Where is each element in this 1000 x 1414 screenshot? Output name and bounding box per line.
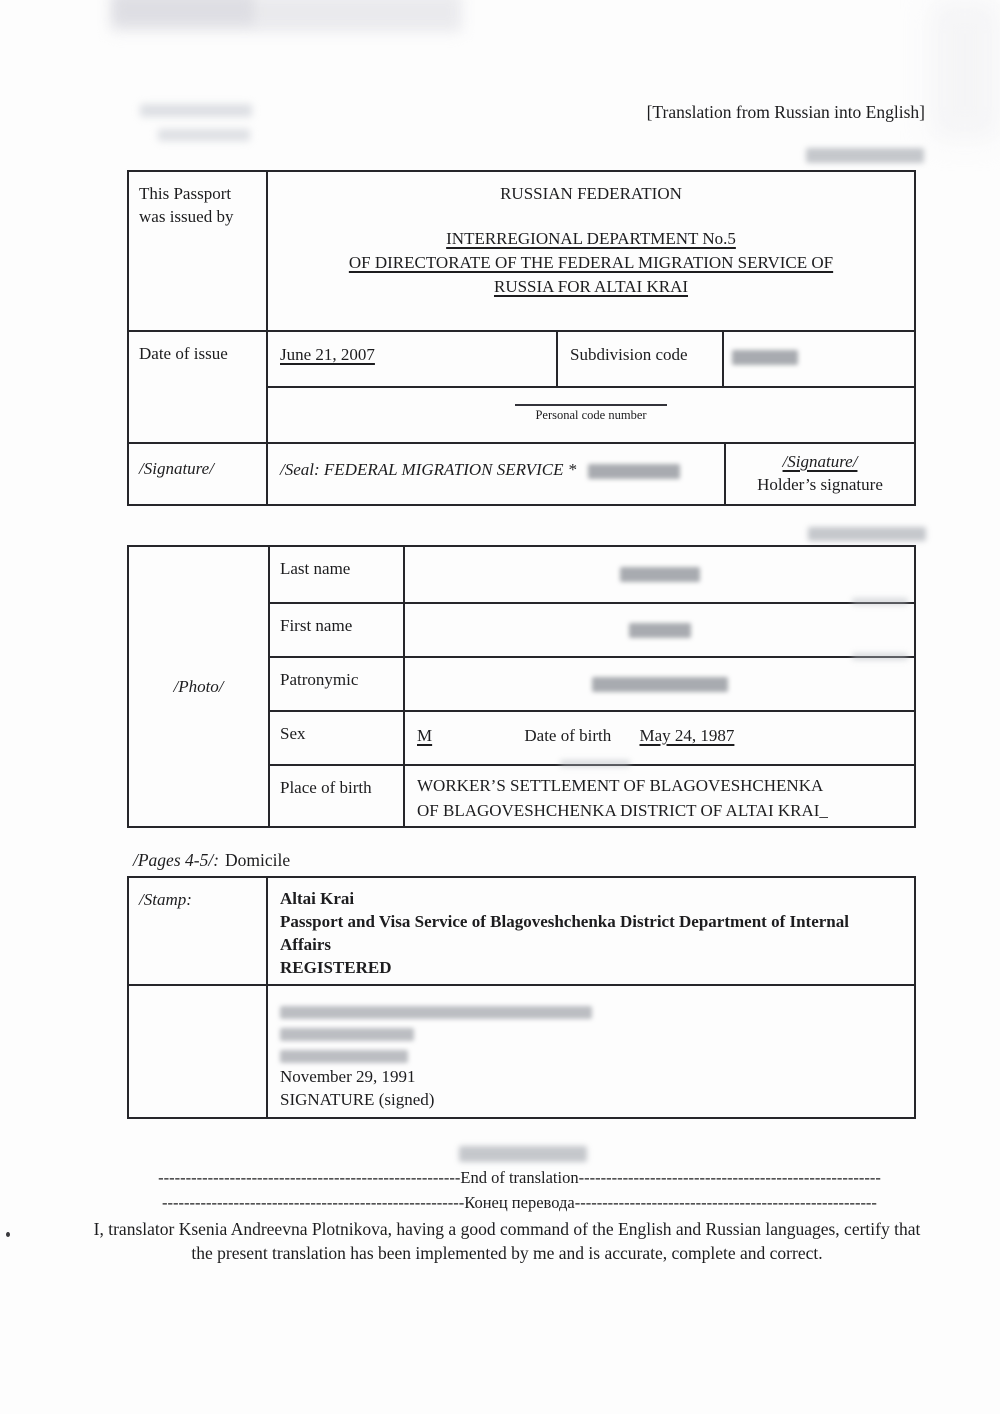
registration-date: November 29, 1991 bbox=[280, 1065, 890, 1088]
blurred-date-stamp-top bbox=[806, 148, 924, 163]
place-of-birth-label: Place of birth bbox=[270, 766, 405, 826]
patronymic-row: Patronymic bbox=[270, 656, 914, 710]
issuing-department-line2: OF DIRECTORATE OF THE FEDERAL MIGRATION … bbox=[268, 251, 914, 275]
passport-issue-table: This Passport was issued by RUSSIAN FEDE… bbox=[127, 170, 916, 506]
seal-cell: /Seal: FEDERAL MIGRATION SERVICE * bbox=[268, 444, 726, 504]
first-name-row: First name bbox=[270, 602, 914, 656]
scan-smudge bbox=[852, 653, 908, 660]
scan-smudge bbox=[560, 760, 630, 767]
scan-artifact-top-dark bbox=[114, 0, 254, 24]
subdivision-code-cell bbox=[724, 332, 914, 386]
end-of-translation-line-en: ----------------------------------------… bbox=[117, 1168, 922, 1188]
end-of-translation-line-ru: ----------------------------------------… bbox=[117, 1193, 922, 1213]
stamp-label: /Stamp: bbox=[129, 878, 268, 984]
stamp-row: /Stamp: Altai Krai Passport and Visa Ser… bbox=[129, 878, 914, 984]
stamp-line3: REGISTERED bbox=[280, 956, 890, 979]
holder-signature-caption: Holder’s signature bbox=[726, 473, 914, 496]
sex-row: Sex M Date of birth May 24, 1987 bbox=[270, 710, 914, 764]
date-of-birth-label: Date of birth bbox=[524, 726, 611, 745]
holder-signature-label: /Signature/ bbox=[726, 450, 914, 473]
stamp-line2: Passport and Visa Service of Blagoveshch… bbox=[280, 910, 890, 956]
scan-smudge bbox=[852, 598, 908, 605]
personal-code-label: Personal code number bbox=[268, 408, 914, 423]
sex-label: Sex bbox=[270, 712, 405, 764]
redacted-address-line3 bbox=[280, 1043, 890, 1065]
redacted-patronymic bbox=[592, 677, 728, 692]
document-page: [Translation from Russian into English] … bbox=[0, 0, 1000, 1414]
redacted-last-name bbox=[620, 567, 700, 582]
domicile-table: /Stamp: Altai Krai Passport and Visa Ser… bbox=[127, 876, 916, 1119]
redacted-first-name bbox=[629, 623, 691, 638]
issuing-department-line3: RUSSIA FOR ALTAI KRAI bbox=[268, 275, 914, 299]
margin-mark bbox=[6, 1232, 10, 1237]
date-of-birth-value: May 24, 1987 bbox=[639, 726, 734, 745]
date-of-issue-value: June 21, 2007 bbox=[280, 345, 375, 364]
signature-row: /Signature/ /Seal: FEDERAL MIGRATION SER… bbox=[129, 442, 914, 504]
end-of-translation-ru: Конец перевода bbox=[464, 1193, 574, 1212]
dash-segment: ----------------------------------------… bbox=[575, 1193, 877, 1212]
dash-segment: ----------------------------------------… bbox=[162, 1193, 464, 1212]
signature-label: /Signature/ bbox=[129, 444, 268, 504]
translator-certification: I, translator Ksenia Andreevna Plotnikov… bbox=[92, 1218, 922, 1265]
domicile-title: Domicile bbox=[225, 850, 290, 870]
holder-signature-cell: /Signature/ Holder’s signature bbox=[726, 444, 914, 504]
subdivision-code-label: Subdivision code bbox=[558, 332, 724, 386]
issuing-department: INTERREGIONAL DEPARTMENT No.5 OF DIRECTO… bbox=[268, 227, 914, 299]
personal-code-line bbox=[515, 404, 667, 406]
date-of-issue-row: Date of issue June 21, 2007 Subdivision … bbox=[129, 330, 914, 442]
sex-value-cell: M Date of birth May 24, 1987 bbox=[405, 712, 914, 764]
registration-cell: November 29, 1991 SIGNATURE (signed) bbox=[268, 986, 914, 1117]
blurred-date-stamp-middle bbox=[808, 527, 926, 541]
sex-value: M bbox=[417, 726, 432, 745]
issuing-department-line1: INTERREGIONAL DEPARTMENT No.5 bbox=[268, 227, 914, 251]
country-name: RUSSIAN FEDERATION bbox=[268, 182, 914, 206]
end-of-translation-en: End of translation bbox=[460, 1168, 578, 1187]
dash-segment: ----------------------------------------… bbox=[579, 1168, 881, 1187]
last-name-row: Last name bbox=[270, 547, 914, 602]
place-of-birth-line1: WORKER’S SETTLEMENT OF BLAGOVESHCHENKA bbox=[417, 773, 900, 798]
dash-segment: ----------------------------------------… bbox=[158, 1168, 460, 1187]
bleed-through-text-line2 bbox=[158, 129, 250, 141]
stamp-line1: Altai Krai bbox=[280, 887, 890, 910]
personal-details-rows: Last name First name Patronymic Sex bbox=[270, 547, 914, 826]
personal-code-subrow: Personal code number bbox=[268, 388, 914, 442]
place-of-birth-row: Place of birth WORKER’S SETTLEMENT OF BL… bbox=[270, 764, 914, 826]
seal-text: /Seal: FEDERAL MIGRATION SERVICE * bbox=[280, 460, 576, 479]
place-of-birth-line2: OF BLAGOVESHCHENKA DISTRICT OF ALTAI KRA… bbox=[417, 798, 900, 823]
issuer-cell: RUSSIAN FEDERATION INTERREGIONAL DEPARTM… bbox=[268, 172, 914, 330]
personal-details-table: /Photo/ Last name First name Patronymic bbox=[127, 545, 916, 828]
last-name-label: Last name bbox=[270, 547, 405, 602]
registration-left-cell bbox=[129, 986, 268, 1117]
blurred-date-stamp-footer bbox=[459, 1146, 587, 1162]
registration-row: November 29, 1991 SIGNATURE (signed) bbox=[129, 984, 914, 1117]
redacted-seal-number bbox=[588, 464, 680, 479]
redacted-subdivision-code bbox=[732, 350, 798, 365]
scan-artifact-edge bbox=[930, 0, 1000, 140]
photo-label: /Photo/ bbox=[129, 547, 270, 826]
domicile-heading: /Pages 4-5/:Domicile bbox=[133, 850, 290, 871]
first-name-label: First name bbox=[270, 604, 405, 656]
last-name-value-cell bbox=[405, 547, 914, 602]
date-of-issue-cell: June 21, 2007 bbox=[268, 332, 558, 386]
redacted-address-line2 bbox=[280, 1021, 890, 1043]
first-name-value-cell bbox=[405, 604, 914, 656]
patronymic-value-cell bbox=[405, 658, 914, 710]
issued-by-label: This Passport was issued by bbox=[129, 172, 268, 330]
registration-signature-note: SIGNATURE (signed) bbox=[280, 1088, 890, 1111]
issue-subrow: June 21, 2007 Subdivision code bbox=[268, 332, 914, 388]
pages-label: /Pages 4-5/: bbox=[133, 850, 219, 870]
date-of-issue-label: Date of issue bbox=[129, 332, 268, 442]
stamp-text-cell: Altai Krai Passport and Visa Service of … bbox=[268, 878, 914, 984]
scan-artifact-top bbox=[110, 0, 462, 32]
issuer-row: This Passport was issued by RUSSIAN FEDE… bbox=[129, 172, 914, 330]
redacted-address-line1 bbox=[280, 999, 890, 1021]
patronymic-label: Patronymic bbox=[270, 658, 405, 710]
date-of-issue-cells: June 21, 2007 Subdivision code Personal … bbox=[268, 332, 914, 442]
personal-code-block: Personal code number bbox=[268, 404, 914, 423]
place-of-birth-value: WORKER’S SETTLEMENT OF BLAGOVESHCHENKA O… bbox=[405, 766, 914, 826]
translation-note: [Translation from Russian into English] bbox=[647, 102, 925, 123]
bleed-through-text-line1 bbox=[140, 104, 252, 117]
